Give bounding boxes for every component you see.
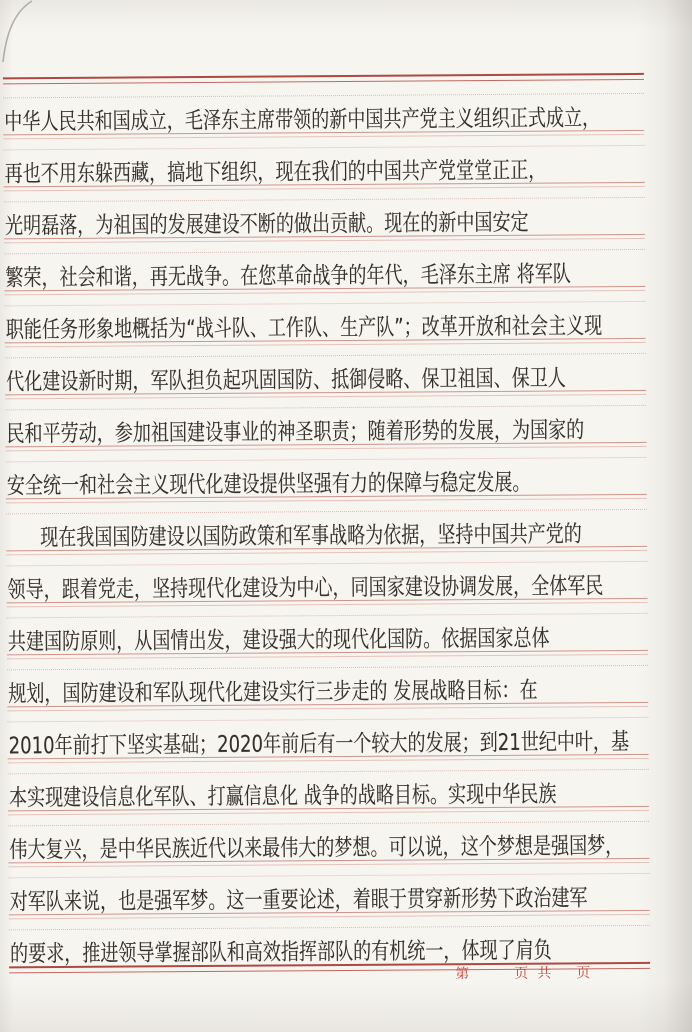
handwritten-line: 繁荣，社会和谐，再无战争。在您革命战争的年代，毛泽东主席 将军队 [5,261,649,291]
handwritten-text-layer: 中华人民共和国成立，毛泽东主席带领的新中国共产党主义组织正式成立，再也不用东躲西… [0,0,688,2]
footer-total-unit: 页 [576,965,591,981]
handwritten-line: 中华人民共和国成立，毛泽东主席带领的新中国共产党主义组织正式成立， [4,105,648,135]
footer-page-unit: 页 [514,966,529,982]
handwritten-line: 安全统一和社会主义现代化建设提供坚强有力的保障与稳定发展。 [7,469,651,499]
handwritten-line: 规划，国防建设和军队现代化建设实行三步走的 发展战略目标：在 [8,677,652,707]
handwritten-line: 对军队来说，也是强军梦。这一重要论述，着眼于贯穿新形势下政治建军 [10,885,654,915]
ruled-line-dotted [3,145,644,150]
ruled-line-dotted [4,249,645,254]
footer-total-prefix: 共 [537,966,552,982]
handwritten-line: 现在我国国防建设以国防政策和军事战略为依据，坚持中国共产党的 [7,521,651,551]
handwritten-line: 光明磊落，为祖国的发展建设不断的做出贡献。现在的新中国安定 [5,209,649,239]
ruled-line-dotted [7,665,648,670]
ruled-line-dotted [3,93,644,98]
handwritten-line: 2010年前打下坚实基础；2020年前后有一个较大的发展；到21世纪中叶，基 [9,729,653,759]
handwritten-line: 代化建设新时期，军队担负起巩固国防、抵御侵略、保卫祖国、保卫人 [6,365,650,395]
handwritten-line: 再也不用东躲西藏，搞地下组织，现在我们的中国共产党堂堂正正， [5,157,649,187]
ruled-line-dotted [4,197,645,202]
ruling-layer [0,0,688,2]
ruled-line-dotted [9,873,650,878]
ruled-line-dotted [5,405,646,410]
ruled-line-dotted [5,301,646,306]
handwritten-line: 职能任务形象地概括为“战斗队、工作队、生产队”；改革开放和社会主义现 [6,313,650,343]
handwritten-line: 民和平劳动，参加祖国建设事业的神圣职责；随着形势的发展，为国家的 [6,417,650,447]
page-content: 中华人民共和国成立，毛泽东主席带领的新中国共产党主义组织正式成立，再也不用东躲西… [0,0,692,1032]
handwritten-line: 共建国防原则，从国情出发，建设强大的现代化国防。依据国家总体 [8,625,652,655]
ruled-line-dotted [9,925,650,930]
ruled-line-dotted [8,821,649,826]
ruled-line-dotted [8,769,649,774]
handwritten-line: 伟大复兴，是中华民族近代以来最伟大的梦想。可以说，这个梦想是强国梦， [9,833,653,863]
top-margin-line [3,73,644,84]
ruled-line-dotted [7,717,648,722]
ruled-line-dotted [7,613,648,618]
page-footer: 第页共页 [455,964,591,983]
ruled-line-dotted [6,509,647,514]
ruled-line-dotted [6,561,647,566]
ruled-line-dotted [5,353,646,358]
handwritten-line: 领导，跟着党走，坚持现代化建设为中心，同国家建设协调发展，全体军民 [7,573,651,603]
handwritten-line: 的要求，推进领导掌握部队和高效指挥部队的有机统一，体现了肩负 [10,937,654,967]
handwritten-line: 本实现建设信息化军队、打赢信息化 战争的战略目标。实现中华民族 [9,781,653,811]
footer-page-prefix: 第 [455,966,470,982]
notepaper-sheet: 中华人民共和国成立，毛泽东主席带领的新中国共产党主义组织正式成立，再也不用东躲西… [0,0,692,1032]
ruled-line-dotted [6,457,647,462]
